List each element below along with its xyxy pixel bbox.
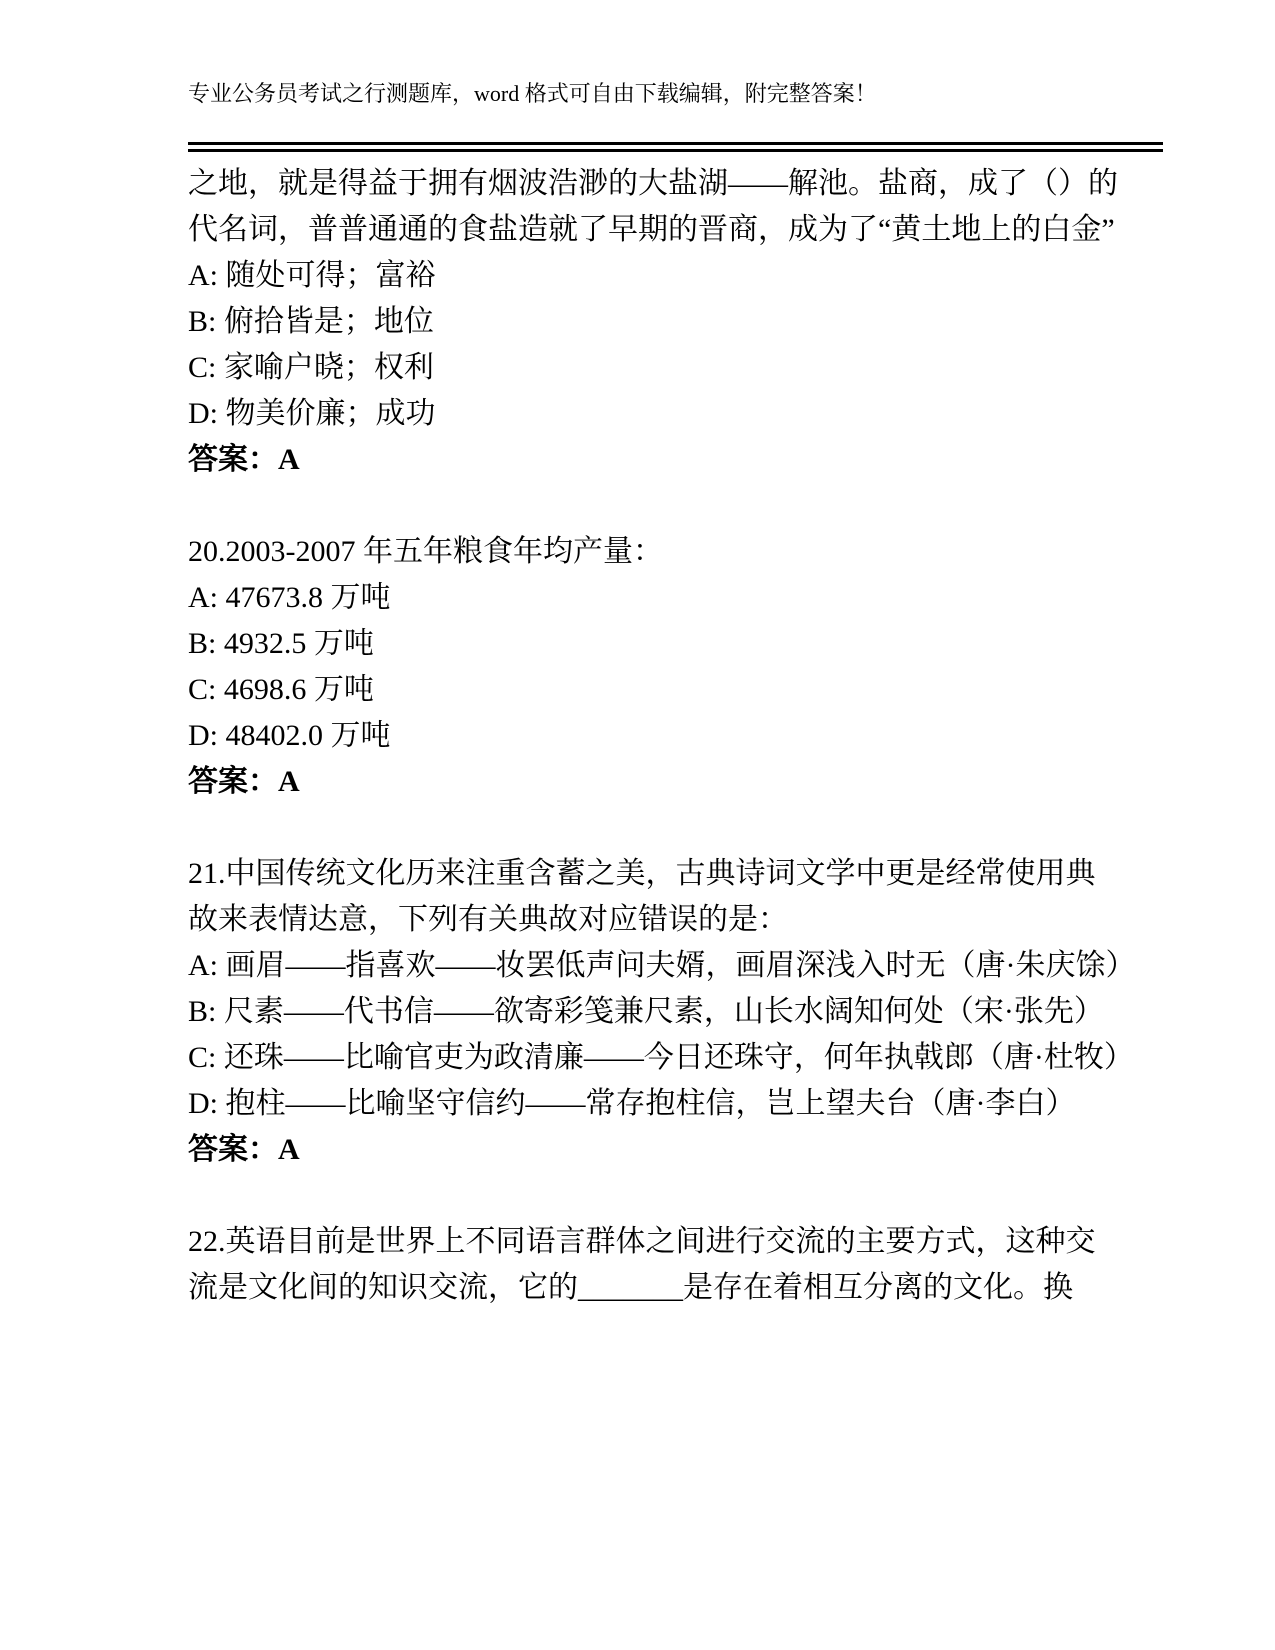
header-double-rule (188, 142, 1163, 152)
option-line-d: D: 抱柱——比喻坚守信约——常存抱柱信，岂上望夫台（唐·李白） (188, 1081, 1124, 1127)
option-line-a: A: 随处可得；富裕 (188, 253, 1124, 299)
option-line-d: D: 物美价廉；成功 (188, 391, 1124, 437)
header-note: 专业公务员考试之行测题库，word 格式可自由下载编辑，附完整答案！ (188, 80, 1163, 108)
question-block-19: 之地，就是得益于拥有烟波浩渺的大盐湖——解池。盐商，成了（）的代名词，普普通通的… (188, 161, 1124, 483)
question-block-20: 20.2003-2007 年五年粮食年均产量： A: 47673.8 万吨 B:… (188, 529, 1124, 805)
question-stem: 22.英语目前是世界上不同语言群体之间进行交流的主要方式，这种交流是文化间的知识… (188, 1219, 1124, 1311)
question-block-22: 22.英语目前是世界上不同语言群体之间进行交流的主要方式，这种交流是文化间的知识… (188, 1219, 1124, 1311)
option-line-a: A: 47673.8 万吨 (188, 575, 1124, 621)
option-line-c: C: 4698.6 万吨 (188, 667, 1124, 713)
question-block-21: 21.中国传统文化历来注重含蓄之美，古典诗词文学中更是经常使用典故来表情达意，下… (188, 851, 1124, 1173)
document-body: 之地，就是得益于拥有烟波浩渺的大盐湖——解池。盐商，成了（）的代名词，普普通通的… (0, 152, 1275, 1311)
answer-line: 答案：A (188, 1127, 1124, 1173)
option-line-c: C: 家喻户晓；权利 (188, 345, 1124, 391)
question-stem: 20.2003-2007 年五年粮食年均产量： (188, 529, 1124, 575)
answer-line: 答案：A (188, 759, 1124, 805)
option-line-b: B: 俯拾皆是；地位 (188, 299, 1124, 345)
page-header: 专业公务员考试之行测题库，word 格式可自由下载编辑，附完整答案！ (0, 0, 1275, 152)
option-line-b: B: 4932.5 万吨 (188, 621, 1124, 667)
option-line-b: B: 尺素——代书信——欲寄彩笺兼尺素，山长水阔知何处（宋·张先） (188, 989, 1124, 1035)
document-page: 专业公务员考试之行测题库，word 格式可自由下载编辑，附完整答案！ 之地，就是… (0, 0, 1275, 1650)
option-line-c: C: 还珠——比喻官吏为政清廉——今日还珠守，何年执戟郎（唐·杜牧） (188, 1035, 1124, 1081)
question-stem: 21.中国传统文化历来注重含蓄之美，古典诗词文学中更是经常使用典故来表情达意，下… (188, 851, 1124, 943)
option-line-a: A: 画眉——指喜欢——妆罢低声问夫婿，画眉深浅入时无（唐·朱庆馀） (188, 943, 1124, 989)
option-line-d: D: 48402.0 万吨 (188, 713, 1124, 759)
answer-line: 答案：A (188, 437, 1124, 483)
question-stem: 之地，就是得益于拥有烟波浩渺的大盐湖——解池。盐商，成了（）的代名词，普普通通的… (188, 161, 1124, 253)
